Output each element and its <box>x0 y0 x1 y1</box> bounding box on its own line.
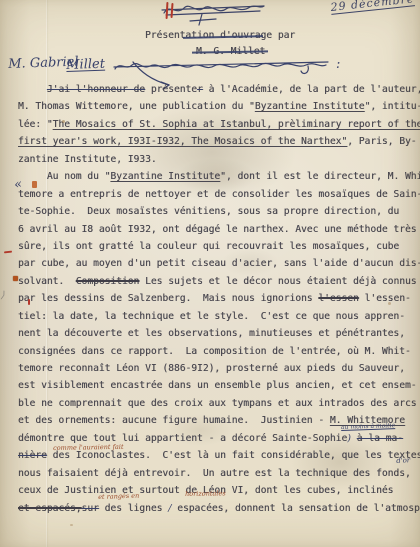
text-segment: des Iconoclastes. C'est là un fait consi… <box>47 450 420 461</box>
text-segment: l'essen- <box>359 293 411 304</box>
red-mark <box>28 299 30 305</box>
typed-line-25: et espacés,sur des lignes ∕ espacées, do… <box>18 500 420 517</box>
text-segment: M. Thomas Wittemore, une publication du … <box>18 101 255 112</box>
typed-line-10: sûre, ils ont gratté la couleur qui reco… <box>18 238 420 255</box>
typed-line-13: par les dessins de Salzenberg. Mais nous… <box>18 290 420 307</box>
text-segment: ", dont il est le directeur, M. Whit- <box>220 171 420 182</box>
text-segment: Byzantine Institute <box>255 101 365 112</box>
note-d-or: d'or <box>396 456 410 465</box>
typed-line-4: first year's work, I93I-I932, The Mosaic… <box>18 133 420 150</box>
typed-line-9: 6 avril au I8 août I932, ont dégagé le n… <box>18 221 420 238</box>
text-segment: zantine Institute, I933. <box>18 154 157 165</box>
text-segment: lée: " <box>18 119 53 130</box>
text-segment: à l'Académie, de la part de l'auteur, <box>203 84 420 95</box>
typed-line-7: temore a entrepris de nettoyer et de con… <box>18 186 420 203</box>
typed-line-12: solvant. Composition Les sujets et le dé… <box>18 273 420 290</box>
text-segment: 6 avril au I8 août I932, ont dégagé le n… <box>18 224 417 235</box>
foxing-dot <box>388 302 391 305</box>
red-mark <box>4 251 12 254</box>
text-segment <box>18 84 47 95</box>
typed-line-11: par cube, au moyen d'un petit ciseau d'a… <box>18 255 420 272</box>
text-segment: des lignes <box>99 503 168 514</box>
crossed-out-scribble <box>158 0 268 26</box>
text-segment: sûre, ils ont gratté la couleur qui reco… <box>18 241 399 252</box>
text-segment: et des ornements: aucune figure humaine.… <box>18 415 330 426</box>
text-segment: consignées dans ce rapport. La compositi… <box>18 346 411 357</box>
foxing-dot <box>70 524 73 526</box>
typed-line-17: temore reconnaît Léon VI (886-9I2), pros… <box>18 360 420 377</box>
typed-line-3: lée: "The Mosaics of St. Sophia at Istan… <box>18 116 420 133</box>
text-segment: te-Sophie. Deux mosaïstes vénitiens, sou… <box>18 206 399 217</box>
text-segment: à la ma- <box>357 433 403 444</box>
typed-line-8: te-Sophie. Deux mosaïstes vénitiens, sou… <box>18 203 420 220</box>
rust-speck <box>13 276 18 281</box>
text-segment: The Mosaics of St. Sophia at Istanbul, p… <box>53 119 420 130</box>
text-segment: ", intitu- <box>365 101 420 112</box>
text-segment: présente <box>145 84 197 95</box>
text-segment: l'essen <box>318 293 358 304</box>
typed-line-18: est visiblement encastrée dans un ensemb… <box>18 377 420 394</box>
rust-speck <box>32 181 37 188</box>
presenter-surname: Millet <box>66 57 105 73</box>
faint-pencil-mark: ⟩ <box>0 290 5 301</box>
manuscript-page: 29 décembre Présentation d'ouvrage par M… <box>0 0 420 547</box>
text-segment: nent la découverte et les observations, … <box>18 328 405 339</box>
text-segment: nous faisaient déjà entrevoir. Un autre … <box>18 468 411 479</box>
text-segment: est visiblement encastrée dans un ensemb… <box>18 380 417 391</box>
text-segment: Byzantine Institute <box>110 171 220 182</box>
text-segment: J'ai l'honneur de <box>47 84 145 95</box>
text-segment: temore reconnaît Léon VI (886-9I2), pros… <box>18 363 405 374</box>
text-segment: Les sujets et le décor nous étaient déjà… <box>139 276 416 287</box>
typed-line-5: zantine Institute, I933. <box>18 151 420 168</box>
text-segment: temore a entrepris de nettoyer et de con… <box>18 189 420 200</box>
text-segment: par les dessins de Salzenberg. Mais nous… <box>18 293 318 304</box>
text-segment: Composition <box>76 276 140 287</box>
typed-line-15: nent la découverte et les observations, … <box>18 325 420 342</box>
text-segment: sur <box>82 503 99 514</box>
typed-line-6: Au nom du "Byzantine Institute", dont il… <box>18 168 420 185</box>
text-segment: par cube, au moyen d'un petit ciseau d'a… <box>18 258 420 269</box>
text-segment: démontre que tout lui appartient - a déc… <box>18 433 347 444</box>
typed-line-1: J'ai l'honneur de présenter à l'Académie… <box>18 81 420 98</box>
text-segment: espacées, donnent la sensation de l'atmo… <box>171 503 420 514</box>
inserted-colon: : <box>336 57 340 72</box>
foxing-dot <box>62 120 65 123</box>
date-annotation: 29 décembre <box>330 0 415 14</box>
typed-line-2: M. Thomas Wittemore, une publication du … <box>18 98 420 115</box>
typed-line-16: consignées dans ce rapport. La compositi… <box>18 343 420 360</box>
text-segment: first year's work, I93I-I932, The Mosaic… <box>18 136 347 147</box>
typed-line-23: nous faisaient déjà entrevoir. Un autre … <box>18 465 420 482</box>
text-segment: et espacés, <box>18 503 82 514</box>
note-comme: comme l'auraient fait <box>53 443 124 452</box>
text-segment: nière <box>18 450 47 461</box>
text-segment: tiel: la date, la technique et le style.… <box>18 311 405 322</box>
text-segment: , Paris, By- <box>347 136 416 147</box>
typed-line-14: tiel: la date, la technique et le style.… <box>18 308 420 325</box>
text-segment: solvant. <box>18 276 76 287</box>
text-segment: ble ne comprennait que des croix aux tym… <box>18 398 417 409</box>
note-horizontales: horizontales <box>185 489 226 498</box>
typed-line-19: ble ne comprennait que des croix aux tym… <box>18 395 420 412</box>
note-et-ranges: et rangés en <box>98 492 139 501</box>
